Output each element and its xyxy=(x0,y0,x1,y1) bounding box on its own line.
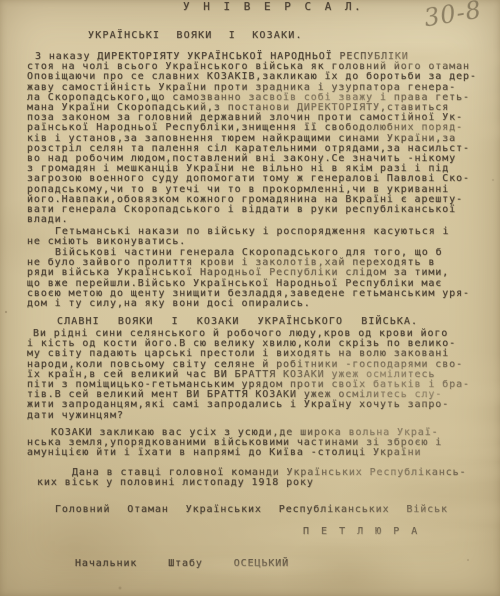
paragraph-hetman-orders: Гетьманські накази по війську і роспоряд… xyxy=(27,227,482,247)
paragraph-decree: З наказу ДИРЕКТОРІЯТУ УКРАЇНСЬКОЇ НАРОДН… xyxy=(27,52,482,225)
paragraph-cossacks-call: КОЗАКИ закликаю вас усіх з усюди,де широ… xyxy=(27,428,482,459)
heading-soldiers-cossacks: СЛАВНІ ВОЯКИ І КОЗАКИ УКРАЇНСЬКОГО ВІЙСЬ… xyxy=(57,317,418,327)
scanned-document-page: У Н І В Е Р С А Л. 30-8 УКРАЇНСЬКІ ВОЯКИ… xyxy=(0,0,500,596)
signature-name-petliura: П Е Т Л Ю Р А xyxy=(303,527,419,537)
signature-role-line: Головний Отаман Українських Республіканс… xyxy=(55,505,448,515)
chief-of-staff-line: Начальник Штабу ОСЕЦЬКИЙ xyxy=(75,559,289,569)
salutation-heading: УКРАЇНСЬКІ ВОЯКИ І КОЗАКИ. xyxy=(88,31,303,41)
paragraph-appeal: Ви рідні сини селянського й робочого люд… xyxy=(27,329,485,421)
handwritten-archive-mark: 30-8 xyxy=(422,0,484,32)
paragraph-military-units: Військові частини генерала Скоропадськог… xyxy=(27,248,482,309)
dateline: Дана в ставці головної команди Українськ… xyxy=(37,468,487,488)
document-title: У Н І В Е Р С А Л. xyxy=(183,2,363,12)
